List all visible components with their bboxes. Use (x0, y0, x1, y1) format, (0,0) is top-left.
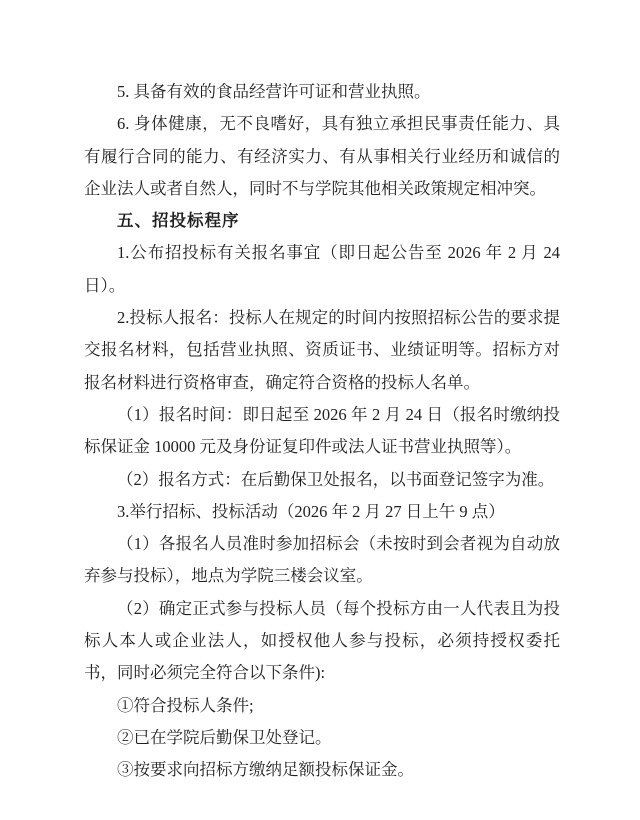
paragraph: （2）报名方式：在后勤保卫处报名，以书面登记签字为准。 (84, 464, 560, 496)
paragraph: 3.举行招标、投标活动（2026 年 2 月 27 日上午 9 点） (84, 496, 560, 528)
paragraph: ②已在学院后勤保卫处登记。 (84, 722, 560, 754)
document-page: 5. 具备有效的食品经营许可证和营业执照。6. 身体健康，无不良嗜好，具有独立承… (0, 0, 640, 820)
paragraph: 1.公布招投标有关报名事宜（即日起公告至 2026 年 2 月 24 日）。 (84, 237, 560, 302)
paragraph: 6. 身体健康，无不良嗜好，具有独立承担民事责任能力、具有履行合同的能力、有经济… (84, 108, 560, 205)
paragraph: 2.投标人报名：投标人在规定的时间内按照招标公告的要求提交报名材料，包括营业执照… (84, 302, 560, 399)
paragraph: （2）确定正式参与投标人员（每个投标方由一人代表且为投标人本人或企业法人，如授权… (84, 593, 560, 690)
paragraph: 5. 具备有效的食品经营许可证和营业执照。 (84, 76, 560, 108)
paragraph: （1）报名时间：即日起至 2026 年 2 月 24 日（报名时缴纳投标保证金 … (84, 399, 560, 464)
paragraph: （1）各报名人员准时参加招标会（未按时到会者视为自动放弃参与投标），地点为学院三… (84, 528, 560, 593)
document-body: 5. 具备有效的食品经营许可证和营业执照。6. 身体健康，无不良嗜好，具有独立承… (84, 76, 560, 787)
section-heading: 五、招投标程序 (84, 205, 560, 237)
paragraph: ①符合投标人条件; (84, 690, 560, 722)
paragraph: ③按要求向招标方缴纳足额投标保证金。 (84, 754, 560, 786)
